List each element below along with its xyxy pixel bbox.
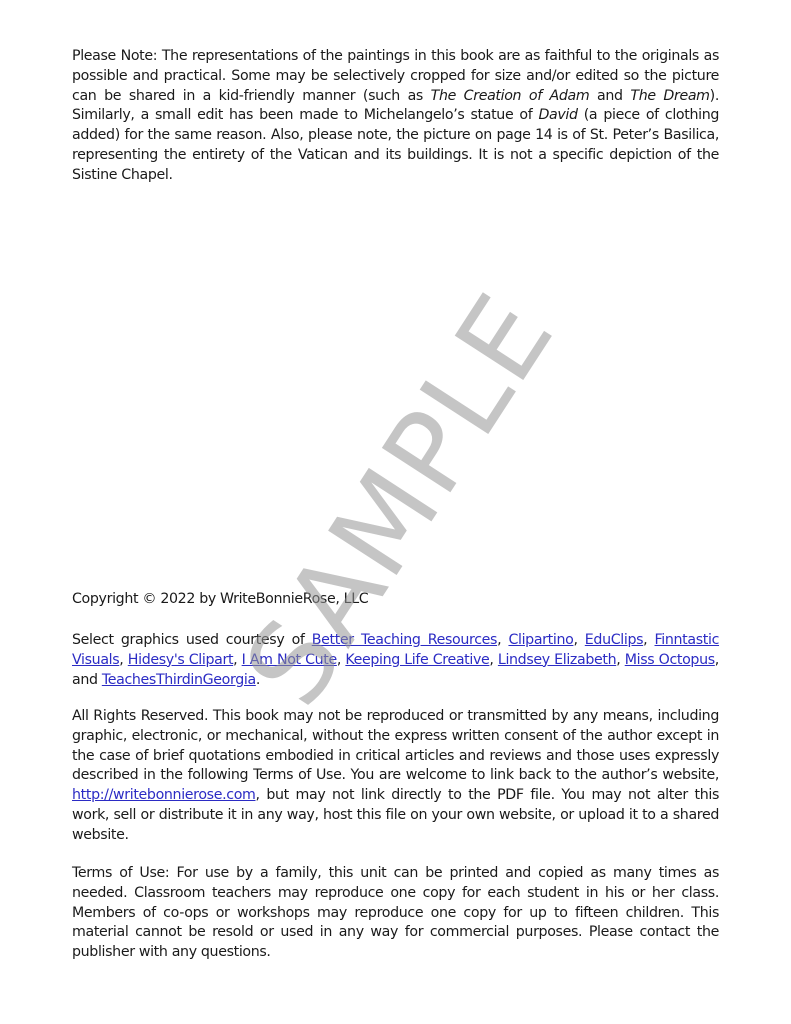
separator: , [119, 652, 127, 668]
copyright-line: Copyright © 2022 by WriteBonnieRose, LLC [72, 590, 719, 610]
credit-link[interactable]: Clipartino [508, 632, 573, 648]
credit-link[interactable]: Lindsey Elizabeth [498, 652, 616, 668]
graphics-intro: Select graphics used courtesy of [72, 632, 312, 648]
document-page: Please Note: The representations of the … [0, 0, 791, 1024]
credit-link[interactable]: I Am Not Cute [242, 652, 337, 668]
credit-link[interactable]: Better Teaching Resources [312, 632, 497, 648]
separator: , [643, 632, 654, 648]
credit-link[interactable]: EduClips [585, 632, 643, 648]
rights-reserved-paragraph: All Rights Reserved. This book may not b… [72, 707, 719, 846]
separator: , [497, 632, 508, 648]
paintings-note-paragraph: Please Note: The representations of the … [72, 47, 719, 186]
credit-link[interactable]: Hidesy's Clipart [128, 652, 233, 668]
author-website-link[interactable]: http://writebonnierose.com [72, 787, 256, 803]
graphics-credits-paragraph: Select graphics used courtesy of Better … [72, 631, 719, 690]
credit-link[interactable]: Miss Octopus [625, 652, 715, 668]
separator: . [256, 672, 260, 688]
separator: , [233, 652, 241, 668]
artwork-title: The Dream [630, 88, 709, 104]
terms-of-use-paragraph: Terms of Use: For use by a family, this … [72, 864, 719, 963]
separator: , [489, 652, 497, 668]
separator: , [616, 652, 624, 668]
separator: , [573, 632, 584, 648]
credit-link[interactable]: Keeping Life Creative [345, 652, 489, 668]
credit-link[interactable]: TeachesThirdinGeorgia [102, 672, 256, 688]
rights-text-before: All Rights Reserved. This book may not b… [72, 708, 719, 783]
artwork-title: David [538, 107, 577, 123]
artwork-title: The Creation of Adam [431, 88, 590, 104]
note-text: and [589, 88, 630, 104]
